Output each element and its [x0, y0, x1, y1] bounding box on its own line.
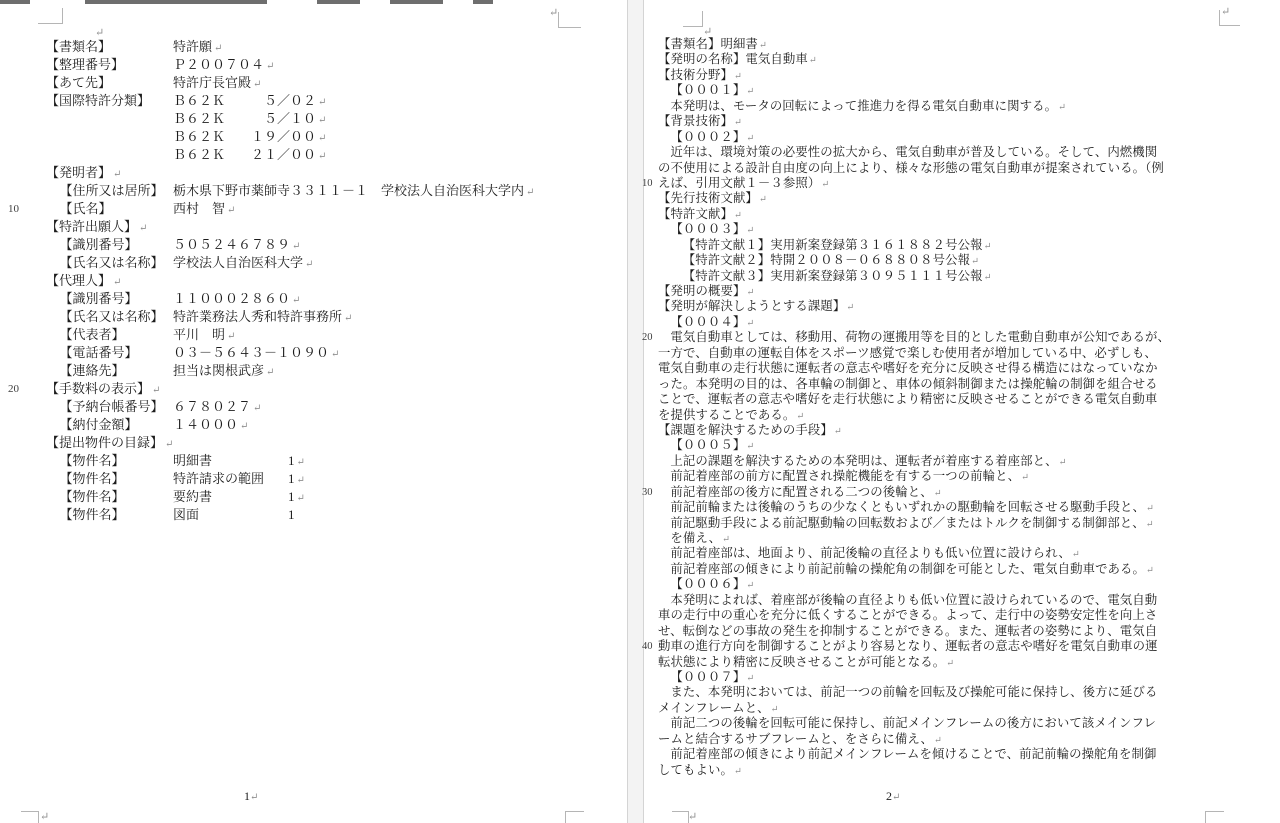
field-value: Ｂ６２Ｋ １９／００: [173, 128, 316, 146]
document-line: 前記着座部の前方に配置され操舵機能を有する一つの前輪と、↵: [658, 469, 1170, 484]
line-text: 【０００２】: [670, 130, 745, 144]
document-line: 【特許出願人】↵: [46, 218, 534, 236]
document-line: また、本発明においては、前記一つの前輪を回転及び操舵可能に保持し、後方に延びる: [658, 685, 1170, 700]
line-text: 前記着座部は、地面より、前記後輪の直径よりも低い位置に設けられ、: [670, 546, 1070, 560]
page-number: 2↵: [886, 789, 900, 804]
pilcrow-icon: ↵: [40, 810, 49, 823]
field-label: 【国際特許分類】: [46, 92, 173, 110]
pilcrow-icon: ↵: [1058, 103, 1066, 113]
document-line: 【先行技術文献】↵: [658, 191, 1170, 206]
pilcrow-icon: ↵: [1146, 504, 1154, 514]
document-line: 【０００２】↵: [658, 130, 1170, 145]
field-label: 【整理番号】: [46, 56, 173, 74]
document-line: 【０００４】↵: [658, 315, 1170, 330]
document-line: 本発明によれば、着座部が後輪の直径よりも低い位置に設けられているので、電気自動: [658, 593, 1170, 608]
line-text: った。本発明の目的は、各車輪の制御と、車体の傾斜制御または操舵輪の制御を組合せる: [658, 377, 1158, 391]
line-text: してもよい。: [658, 763, 733, 777]
document-line: 【特許文献３】実用新案登録第３０９５１１１号公報↵: [658, 269, 1170, 284]
pilcrow-icon: ↵: [1021, 473, 1029, 483]
pilcrow-icon: ↵: [722, 535, 730, 545]
line-text: 【特許文献３】実用新案登録第３０９５１１１号公報: [683, 269, 983, 283]
pilcrow-icon: ↵: [250, 792, 258, 803]
document-line: 前記駆動手段による前記駆動輪の回転数および／またはトルクを制御する制御部と、↵: [658, 516, 1170, 531]
field-value: ０３－５６４３－１０９０: [173, 344, 329, 362]
crop-corner-icon: [672, 811, 689, 823]
field-label: 【物件名】: [60, 488, 174, 506]
document-line: 【０００６】↵: [658, 577, 1170, 592]
document-line: 転状態により精密に反映させることが可能となる。↵: [658, 655, 1170, 670]
document-line: 【発明が解決しようとする課題】↵: [658, 299, 1170, 314]
line-text: 前記着座部の傾きにより前記前輪の操舵角の制御を可能とした、電気自動車である。: [670, 562, 1145, 576]
document-line: せ、転倒などの事故の発生を抑制することができる。また、運転者の姿勢により、電気自: [658, 624, 1170, 639]
document-line: 【納付金額】１４０００↵: [46, 416, 534, 434]
pilcrow-icon: ↵: [734, 118, 742, 128]
line-text: せ、転倒などの事故の発生を抑制することができる。また、運転者の姿勢により、電気自: [658, 624, 1157, 638]
document-line: 【氏名又は名称】学校法人自治医科大学↵: [46, 254, 534, 272]
line-text: 【発明の概要】: [658, 284, 745, 298]
document-line: 【発明の名称】電気自動車↵: [658, 52, 1170, 67]
field-label: 【手数料の表示】: [46, 380, 150, 398]
document-line: 【あて先】特許庁長官殿↵: [46, 74, 534, 92]
line-text: 【特許文献】: [658, 207, 733, 221]
field-value: ６７８０２７: [173, 398, 251, 416]
line-text: 【０００３】: [670, 222, 745, 236]
document-line: Ｂ６２Ｋ ２１／００↵: [46, 146, 534, 164]
document-line: 【背景技術】↵: [658, 114, 1170, 129]
crop-corner-icon: [558, 12, 581, 28]
document-line: 【発明者】↵: [46, 164, 534, 182]
field-label: 【書類名】: [46, 38, 173, 56]
field-value: ５０５２４６７８９: [173, 236, 290, 254]
line-number: 30: [642, 485, 653, 500]
document-line: メインフレームと、↵: [658, 701, 1170, 716]
line-text: 前記前輪または後輪のうちの少なくともいずれかの駆動輪を回転させる駆動手段と、: [670, 500, 1145, 514]
pilcrow-icon: ↵: [746, 134, 754, 144]
document-line: を備え、↵: [658, 531, 1170, 546]
line-text: 本発明によれば、着座部が後輪の直径よりも低い位置に設けられているので、電気自動: [670, 593, 1157, 607]
field-value: 図面: [173, 506, 288, 524]
line-text: 【発明が解決しようとする課題】: [658, 299, 845, 313]
pilcrow-icon: ↵: [253, 79, 261, 90]
field-label: 【物件名】: [60, 470, 174, 488]
field-value: 西村 智: [173, 200, 225, 218]
pilcrow-icon: ↵: [318, 97, 326, 108]
field-value: 特許庁長官殿: [173, 74, 251, 92]
field-value: １４０００: [173, 416, 238, 434]
document-line: 車の走行中の重心を充分に低くすることができる。よって、走行中の姿勢安定性を向上さ: [658, 608, 1170, 623]
pilcrow-icon: ↵: [549, 6, 558, 19]
document-line: 前記前輪または後輪のうちの少なくともいずれかの駆動輪を回転させる駆動手段と、↵: [658, 500, 1170, 515]
document-line: った。本発明の目的は、各車輪の制御と、車体の傾斜制御または操舵輪の制御を組合せる: [658, 377, 1170, 392]
document-line: 前記着座部の傾きにより前記メインフレームを傾けることで、前記前輪の操舵角を制御: [658, 747, 1170, 762]
document-line: 【書類名】特許願↵: [46, 38, 534, 56]
document-line: 上記の課題を解決するための本発明は、運転者が着座する着座部と、↵: [658, 454, 1170, 469]
line-text: を備え、: [670, 531, 721, 545]
pilcrow-icon: ↵: [253, 403, 261, 414]
document-view: { "marks": { "pilcrow": "↵" }, "colors":…: [0, 0, 1280, 823]
field-label: 【氏名】: [60, 200, 174, 218]
document-line: の不使用による設計自由度の向上により、様々な形態の電気自動車が提案されている。（…: [658, 161, 1170, 176]
line-text: 一方で、自動車の運転自体をスポーツ感覚で楽しむ使用者が増加している中、必ずしも、: [658, 346, 1157, 360]
field-value: Ｂ６２Ｋ ５／０２: [173, 92, 316, 110]
document-line: 【発明の概要】↵: [658, 284, 1170, 299]
document-line: を提供することである。↵: [658, 408, 1170, 423]
line-text: 動車の進行方向を制御することがより容易となり、運転者の意志や嗜好を電気自動車の運: [658, 639, 1158, 653]
document-line: 前記着座部は、地面より、前記後輪の直径よりも低い位置に設けられ、↵: [658, 546, 1170, 561]
document-line: ームと結合するサブフレームと、をさらに備え、↵: [658, 732, 1170, 747]
line-text: 【書類名】明細書: [658, 37, 758, 51]
pilcrow-icon: ↵: [318, 133, 326, 144]
document-line: 10【氏名】西村 智↵: [46, 200, 534, 218]
line-number: 20: [642, 330, 653, 345]
field-value: Ｂ６２Ｋ ５／１０: [173, 110, 316, 128]
pilcrow-icon: ↵: [1072, 550, 1080, 560]
pilcrow-icon: ↵: [984, 242, 992, 252]
crop-corner-icon: [683, 11, 703, 27]
pilcrow-icon: ↵: [746, 442, 754, 452]
field-value: 明細書: [173, 452, 288, 470]
field-value: 栃木県下野市薬師寺３３１１－１ 学校法人自治医科大学内: [173, 182, 524, 200]
pilcrow-icon: ↵: [746, 87, 754, 97]
line-text: 【０００７】: [670, 670, 745, 684]
line-text: 【特許文献１】実用新案登録第３１６１８８２号公報: [683, 238, 983, 252]
line-text: 転状態により精密に反映させることが可能となる。: [658, 655, 945, 669]
pilcrow-icon: ↵: [821, 180, 829, 190]
field-label: 【識別番号】: [60, 236, 174, 254]
pilcrow-icon: ↵: [688, 810, 697, 823]
line-text: 【０００４】: [670, 315, 745, 329]
document-line: 前記着座部の傾きにより前記前輪の操舵角の制御を可能とした、電気自動車である。↵: [658, 562, 1170, 577]
pilcrow-icon: ↵: [1221, 5, 1230, 18]
line-text: 【背景技術】: [658, 114, 733, 128]
pilcrow-icon: ↵: [227, 205, 235, 216]
pilcrow-icon: ↵: [971, 257, 979, 267]
crop-corner-icon: [38, 8, 63, 24]
line-text: 本発明は、モータの回転によって推進力を得る電気自動車に関する。: [670, 99, 1057, 113]
document-line: 【特許文献２】特開２００８－０６８８０８号公報↵: [658, 253, 1170, 268]
pilcrow-icon: ↵: [746, 319, 754, 329]
line-text: 近年は、環境対策の必要性の拡大から、電気自動車が普及している。そして、内燃機関: [670, 145, 1157, 159]
line-text: 前記着座部の傾きにより前記メインフレームを傾けることで、前記前輪の操舵角を制御: [670, 747, 1156, 761]
pilcrow-icon: ↵: [934, 736, 942, 746]
document-line: Ｂ６２Ｋ ５／１０↵: [46, 110, 534, 128]
document-line: 40動車の進行方向を制御することがより容易となり、運転者の意志や嗜好を電気自動車…: [658, 639, 1170, 654]
pilcrow-icon: ↵: [984, 273, 992, 283]
line-number: 10: [8, 200, 19, 218]
line-text: 【特許文献２】特開２００８－０６８８０８号公報: [683, 253, 970, 267]
pilcrow-icon: ↵: [734, 211, 742, 221]
pilcrow-icon: ↵: [946, 659, 954, 669]
pilcrow-icon: ↵: [152, 385, 160, 396]
line-text: 【０００６】: [670, 577, 745, 591]
line-text: ことで、運転者の意志や嗜好を走行状態により精密に反映させることができる電気自動車: [658, 392, 1157, 406]
pilcrow-icon: ↵: [297, 457, 305, 468]
pilcrow-icon: ↵: [113, 277, 121, 288]
pilcrow-icon: ↵: [292, 295, 300, 306]
pilcrow-icon: ↵: [113, 169, 121, 180]
pilcrow-icon: ↵: [934, 489, 942, 499]
document-line: 【課題を解決するための手段】↵: [658, 423, 1170, 438]
field-label: 【代理人】: [46, 272, 111, 290]
field-value: １１０００２８６０: [173, 290, 290, 308]
document-line: 【識別番号】１１０００２８６０↵: [46, 290, 534, 308]
page-1[interactable]: ↵ ↵ ↵ 【書類名】特許願↵【整理番号】Ｐ２００７０４↵【あて先】特許庁長官殿…: [0, 0, 627, 823]
document-line: 【物件名】要約書1↵: [46, 488, 534, 506]
line-text: 【課題を解決するための手段】: [658, 423, 833, 437]
line-text: 前記着座部の前方に配置され操舵機能を有する一つの前輪と、: [670, 469, 1020, 483]
line-text: 前記着座部の後方に配置される二つの後輪と、: [670, 485, 932, 499]
item-count: 1: [288, 470, 295, 488]
document-line: 【物件名】図面1: [46, 506, 534, 524]
field-value: 平川 明: [173, 326, 225, 344]
document-line: 【０００７】↵: [658, 670, 1170, 685]
field-value: 特許請求の範囲: [173, 470, 288, 488]
line-text: 【０００５】: [670, 438, 745, 452]
page-gap: [627, 0, 644, 823]
document-line: 電気自動車の走行状態に運転者の意志や嗜好を充分に反映させ得る構造にはなっていなか: [658, 361, 1170, 376]
pilcrow-icon: ↵: [734, 72, 742, 82]
crop-corner-icon: [21, 811, 39, 823]
line-text: 前記駆動手段による前記駆動輪の回転数および／またはトルクを制御する制御部と、: [670, 516, 1144, 530]
pilcrow-icon: ↵: [746, 674, 754, 684]
field-label: 【識別番号】: [60, 290, 174, 308]
field-label: 【あて先】: [46, 74, 173, 92]
page-1-lines: 【書類名】特許願↵【整理番号】Ｐ２００７０４↵【あて先】特許庁長官殿↵【国際特許…: [46, 38, 534, 524]
document-line: 【予納台帳番号】６７８０２７↵: [46, 398, 534, 416]
pilcrow-icon: ↵: [240, 421, 248, 432]
field-label: 【物件名】: [60, 452, 174, 470]
line-number: 40: [642, 639, 653, 654]
pilcrow-icon: ↵: [139, 223, 147, 234]
line-number: 20: [8, 380, 19, 398]
pilcrow-icon: ↵: [1146, 520, 1154, 530]
document-line: 【技術分野】↵: [658, 68, 1170, 83]
pilcrow-icon: ↵: [266, 61, 274, 72]
document-line: 20電気自動車としては、移動用、荷物の運搬用等を目的とした電動自動車が公知である…: [658, 330, 1170, 345]
document-line: 30前記着座部の後方に配置される二つの後輪と、↵: [658, 485, 1170, 500]
pilcrow-icon: ↵: [305, 259, 313, 270]
field-value: Ｂ６２Ｋ ２１／００: [173, 146, 316, 164]
field-label: 【発明者】: [46, 164, 111, 182]
document-line: 【特許文献】↵: [658, 207, 1170, 222]
document-line: 【書類名】明細書↵: [658, 37, 1170, 52]
pilcrow-icon: ↵: [1059, 458, 1067, 468]
document-line: 20【手数料の表示】↵: [46, 380, 534, 398]
document-line: 近年は、環境対策の必要性の拡大から、電気自動車が普及している。そして、内燃機関: [658, 145, 1170, 160]
document-line: 【提出物件の目録】↵: [46, 434, 534, 452]
document-line: 【０００５】↵: [658, 438, 1170, 453]
pilcrow-icon: ↵: [297, 493, 305, 504]
document-line: Ｂ６２Ｋ １９／００↵: [46, 128, 534, 146]
field-label: 【物件名】: [60, 506, 174, 524]
document-line: 【特許文献１】実用新案登録第３１６１８８２号公報↵: [658, 238, 1170, 253]
line-text: ームと結合するサブフレームと、をさらに備え、: [658, 732, 933, 746]
field-value: 特許願: [173, 38, 212, 56]
line-text: 電気自動車の走行状態に運転者の意志や嗜好を充分に反映させ得る構造にはなっていなか: [658, 361, 1158, 375]
page-number: 1↵: [244, 789, 258, 804]
pilcrow-icon: ↵: [759, 41, 767, 51]
line-text: 【先行技術文献】: [658, 191, 758, 205]
document-line: 【国際特許分類】Ｂ６２Ｋ ５／０２↵: [46, 92, 534, 110]
line-text: えば、引用文献１－３参照）: [658, 176, 820, 190]
document-line: 前記二つの後輪を回転可能に保持し、前記メインフレームの後方において該メインフレ: [658, 716, 1170, 731]
pilcrow-icon: ↵: [331, 349, 339, 360]
pilcrow-icon: ↵: [1146, 566, 1154, 576]
document-line: 【連絡先】担当は関根武彦↵: [46, 362, 534, 380]
line-number: 10: [642, 176, 653, 191]
field-label: 【連絡先】: [60, 362, 174, 380]
line-text: を提供することである。: [658, 408, 795, 422]
pilcrow-icon: ↵: [297, 475, 305, 486]
item-count: 1: [288, 452, 295, 470]
pilcrow-icon: ↵: [746, 226, 754, 236]
line-text: 【０００１】: [670, 83, 745, 97]
field-label: 【氏名又は名称】: [60, 308, 174, 326]
line-text: の不使用による設計自由度の向上により、様々な形態の電気自動車が提案されている。（…: [658, 161, 1164, 175]
pilcrow-icon: ↵: [809, 56, 817, 66]
crop-corner-icon: [1205, 811, 1224, 823]
field-label: 【特許出願人】: [46, 218, 137, 236]
document-line: 本発明は、モータの回転によって推進力を得る電気自動車に関する。↵: [658, 99, 1170, 114]
pilcrow-icon: ↵: [846, 303, 854, 313]
line-text: また、本発明においては、前記一つの前輪を回転及び操舵可能に保持し、後方に延びる: [670, 685, 1157, 699]
field-label: 【電話番号】: [60, 344, 174, 362]
document-line: 【物件名】特許請求の範囲1↵: [46, 470, 534, 488]
line-text: 車の走行中の重心を充分に低くすることができる。よって、走行中の姿勢安定性を向上さ: [658, 608, 1157, 622]
pilcrow-icon: ↵: [771, 705, 779, 715]
document-line: 【代表者】平川 明↵: [46, 326, 534, 344]
document-line: 【代理人】↵: [46, 272, 534, 290]
line-text: メインフレームと、: [658, 701, 770, 715]
field-label: 【提出物件の目録】: [46, 434, 163, 452]
pilcrow-icon: ↵: [214, 43, 222, 54]
document-line: 【識別番号】５０５２４６７８９↵: [46, 236, 534, 254]
document-line: 10えば、引用文献１－３参照）↵: [658, 176, 1170, 191]
document-line: 【整理番号】Ｐ２００７０４↵: [46, 56, 534, 74]
document-line: 【０００３】↵: [658, 222, 1170, 237]
pilcrow-icon: ↵: [266, 367, 274, 378]
document-line: してもよい。↵: [658, 763, 1170, 778]
pilcrow-icon: ↵: [746, 581, 754, 591]
field-value: 学校法人自治医科大学: [173, 254, 303, 272]
pilcrow-icon: ↵: [759, 195, 767, 205]
document-line: 【０００１】↵: [658, 83, 1170, 98]
pilcrow-icon: ↵: [344, 313, 352, 324]
field-label: 【住所又は居所】: [60, 182, 174, 200]
field-value: 要約書: [173, 488, 288, 506]
field-value: 特許業務法人秀和特許事務所: [173, 308, 342, 326]
field-value: 担当は関根武彦: [173, 362, 264, 380]
pilcrow-icon: ↵: [734, 767, 742, 777]
pilcrow-icon: ↵: [892, 792, 900, 803]
document-line: 【電話番号】０３－５６４３－１０９０↵: [46, 344, 534, 362]
line-text: 電気自動車としては、移動用、荷物の運搬用等を目的とした電動自動車が公知であるが、: [670, 330, 1170, 344]
field-value: Ｐ２００７０４: [173, 56, 264, 74]
document-line: 一方で、自動車の運転自体をスポーツ感覚で楽しむ使用者が増加している中、必ずしも、: [658, 346, 1170, 361]
line-text: 上記の課題を解決するための本発明は、運転者が着座する着座部と、: [670, 454, 1057, 468]
item-count: 1: [288, 488, 295, 506]
line-text: 【発明の名称】電気自動車: [658, 52, 808, 66]
document-line: 【物件名】明細書1↵: [46, 452, 534, 470]
pilcrow-icon: ↵: [526, 187, 534, 198]
document-line: 【住所又は居所】栃木県下野市薬師寺３３１１－１ 学校法人自治医科大学内↵: [46, 182, 534, 200]
line-text: 前記二つの後輪を回転可能に保持し、前記メインフレームの後方において該メインフレ: [670, 716, 1156, 730]
pilcrow-icon: ↵: [292, 241, 300, 252]
page-2-lines: 【書類名】明細書↵【発明の名称】電気自動車↵【技術分野】↵【０００１】↵本発明は…: [658, 37, 1170, 778]
pilcrow-icon: ↵: [796, 412, 804, 422]
pilcrow-icon: ↵: [165, 439, 173, 450]
field-label: 【予納台帳番号】: [60, 398, 174, 416]
pilcrow-icon: ↵: [318, 115, 326, 126]
document-line: ことで、運転者の意志や嗜好を走行状態により精密に反映させることができる電気自動車: [658, 392, 1170, 407]
pilcrow-icon: ↵: [746, 288, 754, 298]
crop-corner-icon: [565, 811, 584, 823]
pilcrow-icon: ↵: [318, 151, 326, 162]
pilcrow-icon: ↵: [227, 331, 235, 342]
field-label: 【氏名又は名称】: [60, 254, 174, 272]
field-label: 【納付金額】: [60, 416, 174, 434]
item-count: 1: [288, 506, 295, 524]
pilcrow-icon: ↵: [834, 427, 842, 437]
line-text: 【技術分野】: [658, 68, 733, 82]
field-label: 【代表者】: [60, 326, 174, 344]
document-line: 【氏名又は名称】特許業務法人秀和特許事務所↵: [46, 308, 534, 326]
